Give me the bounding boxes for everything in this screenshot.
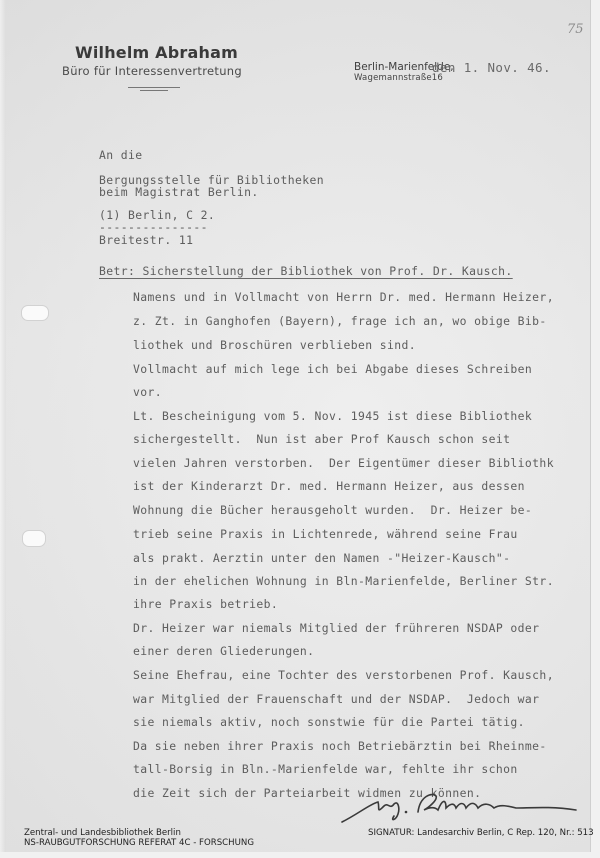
body-line: Seine Ehefrau, eine Tochter des verstorb… [133,668,554,682]
recipient-line-5: Breitestr. 11 [99,233,193,247]
page-left-edge [0,0,6,852]
body-line: Da sie neben ihrer Praxis noch Betriebär… [133,739,547,753]
letter-page: 75 Wilhelm Abraham Büro für Interessenve… [0,0,591,852]
body-line: vielen Jahren verstorben. Der Eigentümer… [133,456,554,470]
handwritten-signature [340,790,580,830]
letterhead-rule [128,87,180,88]
body-line: Namens und in Vollmacht von Herrn Dr. me… [133,290,554,304]
archive-signature-reference: SIGNATUR: Landesarchiv Berlin, C Rep. 12… [368,828,594,838]
recipient-line-3: beim Magistrat Berlin. [99,185,259,199]
body-line: war Mitglied der Frauenschaft und der NS… [133,692,539,706]
body-line: sie niemals aktiv, noch sonstwie für die… [133,715,525,729]
archive-department: NS-RAUBGUTFORSCHUNG REFERAT 4C - FORSCHU… [24,838,254,848]
body-line: ist der Kinderarzt Dr. med. Hermann Heiz… [133,479,525,493]
body-line: einer deren Gliederungen. [133,644,314,658]
body-line: Wohnung die Bücher herausgeholt wurden. … [133,503,532,517]
body-line: z. Zt. in Ganghofen (Bayern), frage ich … [133,314,547,328]
letterhead-name: Wilhelm Abraham [75,43,238,62]
archive-institution: Zentral- und Landesbibliothek Berlin [24,828,181,838]
punch-hole-bottom [22,530,46,547]
body-line: trieb seine Praxis in Lichtenrede, währe… [133,527,518,541]
recipient-separator: --------------- [99,220,208,234]
body-line: Lt. Bescheinigung vom 5. Nov. 1945 ist d… [133,409,532,423]
letterhead-rule-short [140,90,168,91]
body-line: sichergestellt. Nun ist aber Prof Kausch… [133,432,510,446]
body-line: tall-Borsig in Bln.-Marienfelde war, feh… [133,762,518,776]
body-line: Vollmacht auf mich lege ich bei Abgabe d… [133,362,532,376]
body-line: Dr. Heizer war niemals Mitglied der früh… [133,621,539,635]
letterhead-subtitle: Büro für Interessenvertretung [62,64,242,78]
punch-hole-top [21,305,49,321]
letter-date: den 1. Nov. 46. [432,60,551,75]
body-line: liothek und Broschüren verblieben sind. [133,338,416,352]
page-number: 75 [567,22,584,37]
body-line: als prakt. Aerztin unter den Namen -"Hei… [133,551,510,565]
recipient-line-1: An die [99,148,143,162]
body-line: ihre Praxis betrieb. [133,597,278,611]
body-line: vor. [133,385,162,399]
subject-line: Betr: Sicherstellung der Bibliothek von … [99,264,513,278]
archive-footer-left: Zentral- und Landesbibliothek Berlin NS-… [24,828,254,848]
body-line: in der ehelichen Wohnung in Bln-Marienfe… [133,574,554,588]
sender-street: Wagemannstraße16 [354,73,443,83]
